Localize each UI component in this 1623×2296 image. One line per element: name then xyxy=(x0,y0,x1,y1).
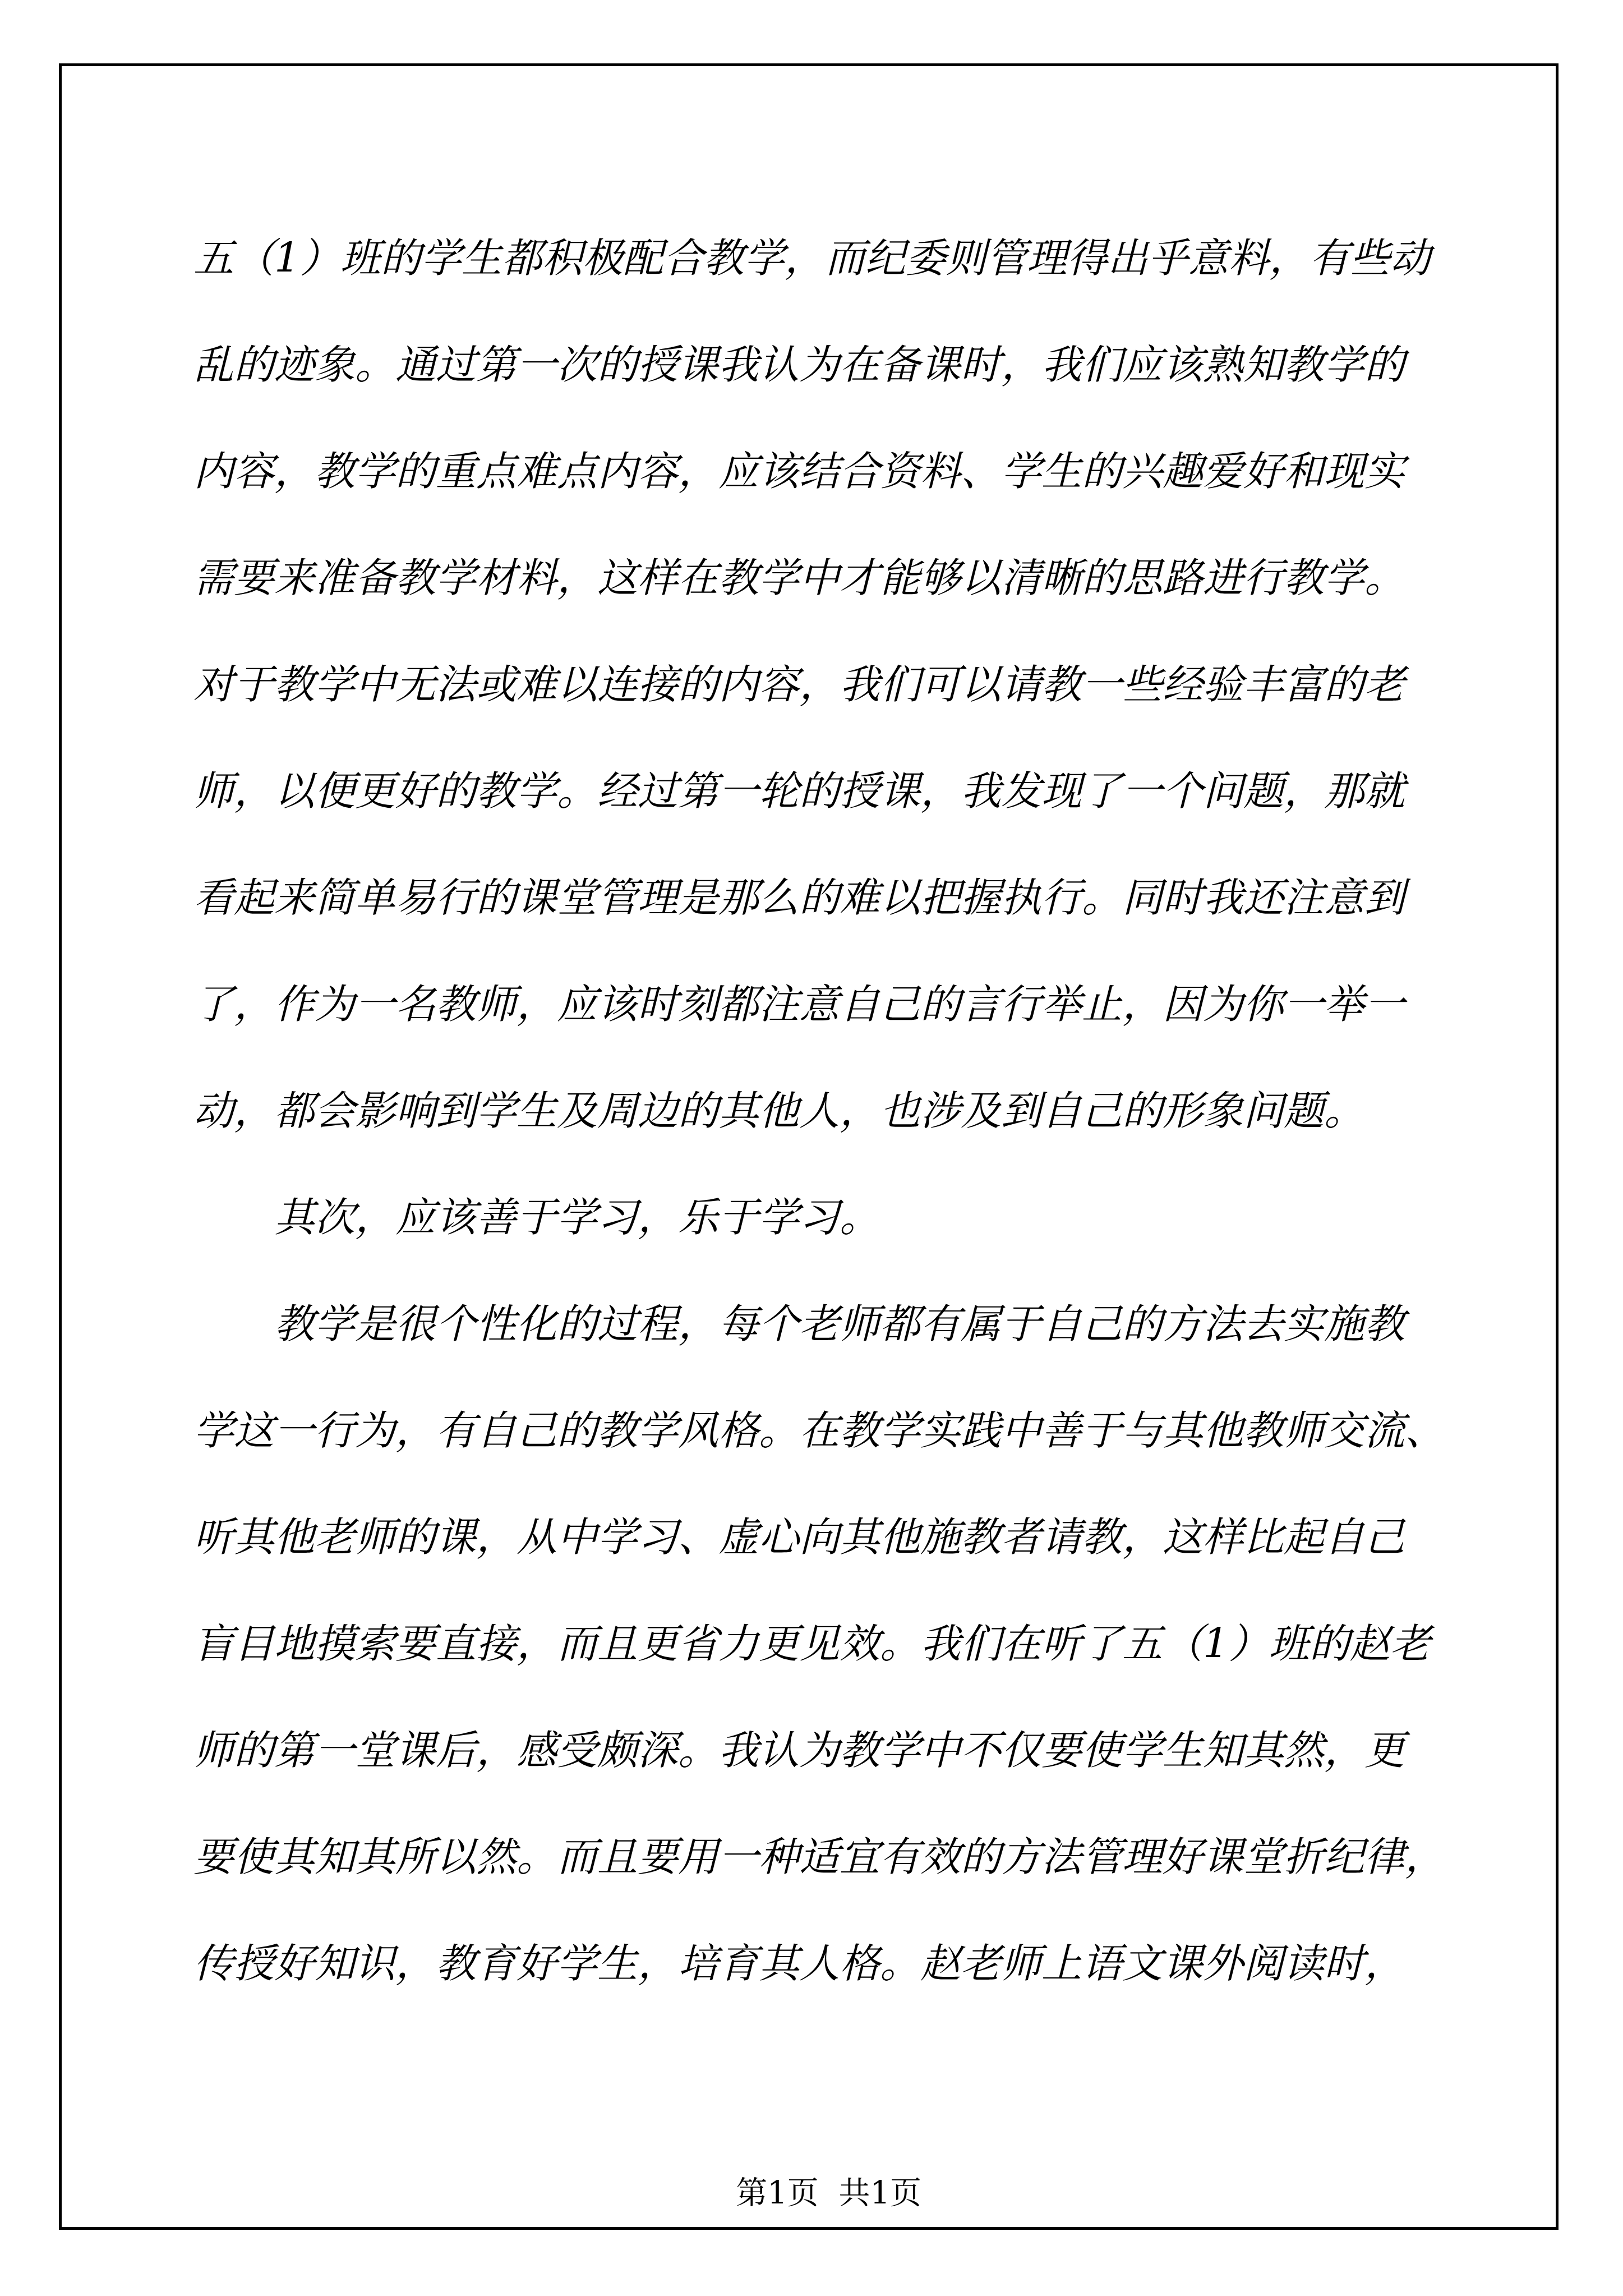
text-line: 听其他老师的课，从中学习、虚心向其他施教者请教，这样比起自己 xyxy=(193,1484,1450,1590)
page-number: 第1页 共1页 xyxy=(736,2175,921,2211)
text-line: 盲目地摸索要直接，而且更省力更见效。我们在听了五（1）班的赵老 xyxy=(193,1590,1450,1697)
text-line: 动，都会影响到学生及周边的其他人，也涉及到自己的形象问题。 xyxy=(193,1057,1450,1164)
text-line: 需要来准备教学材料，这样在教学中才能够以清晰的思路进行教学。 xyxy=(193,524,1450,631)
text-line: 了，作为一名教师，应该时刻都注意自己的言行举止，因为你一举一 xyxy=(193,951,1450,1057)
text-line: 五（1）班的学生都积极配合教学，而纪委则管理得出乎意料，有些动 xyxy=(193,205,1450,311)
text-line: 师的第一堂课后，感受颇深。我认为教学中不仅要使学生知其然，更 xyxy=(193,1697,1450,1803)
text-line: 其次，应该善于学习，乐于学习。 xyxy=(193,1164,1450,1271)
text-line: 乱的迹象。通过第一次的授课我认为在备课时，我们应该熟知教学的 xyxy=(193,311,1450,418)
page-footer: 第1页 共1页 xyxy=(59,2126,1559,2261)
text-line: 学这一行为，有自己的教学风格。在教学实践中善于与其他教师交流、 xyxy=(193,1377,1450,1484)
document-body-text: 五（1）班的学生都积极配合教学，而纪委则管理得出乎意料，有些动乱的迹象。通过第一… xyxy=(193,205,1450,2017)
text-line: 看起来简单易行的课堂管理是那么的难以把握执行。同时我还注意到 xyxy=(193,844,1450,951)
text-line: 师，以便更好的教学。经过第一轮的授课，我发现了一个问题，那就 xyxy=(193,738,1450,844)
text-line: 内容，教学的重点难点内容，应该结合资料、学生的兴趣爱好和现实 xyxy=(193,418,1450,524)
text-line: 教学是很个性化的过程，每个老师都有属于自己的方法去实施教 xyxy=(193,1271,1450,1377)
text-line: 要使其知其所以然。而且要用一种适宜有效的方法管理好课堂折纪律， xyxy=(193,1803,1450,1910)
document-page: 五（1）班的学生都积极配合教学，而纪委则管理得出乎意料，有些动乱的迹象。通过第一… xyxy=(0,0,1623,2296)
text-line: 对于教学中无法或难以连接的内容，我们可以请教一些经验丰富的老 xyxy=(193,631,1450,738)
text-line: 传授好知识，教育好学生，培育其人格。赵老师上语文课外阅读时， xyxy=(193,1910,1450,2017)
